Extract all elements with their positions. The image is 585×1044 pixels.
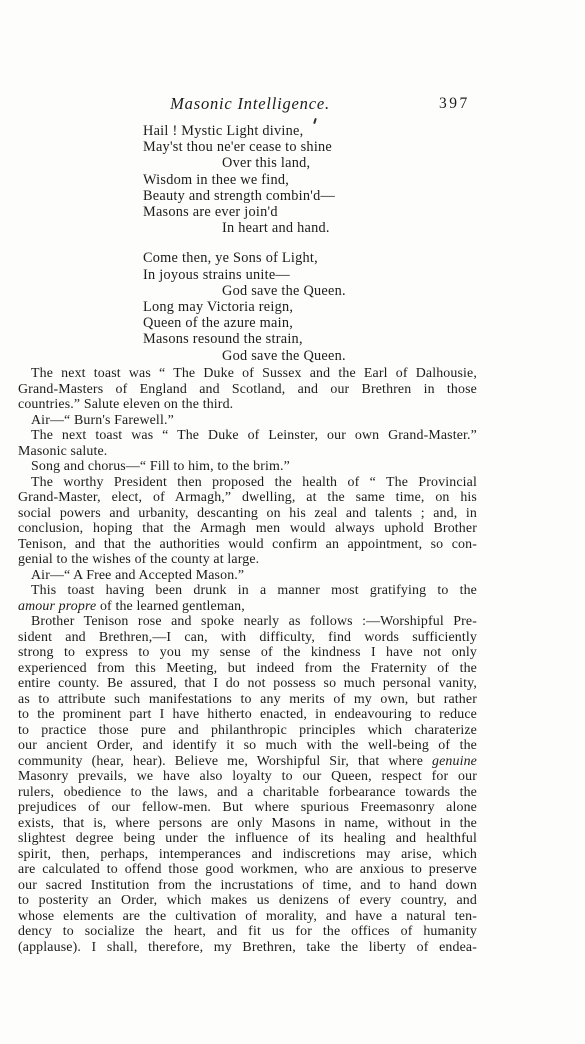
text-line: Grand-Masters of England and Scotland, a… (18, 382, 477, 398)
text-line: slightest degree being under the influen… (18, 831, 477, 847)
text-line: (applause). I shall, therefore, my Breth… (18, 940, 477, 956)
poem-line: Hail ! Mystic Light divine, (143, 123, 346, 139)
poem-line: May'st thou ne'er cease to shine (143, 139, 346, 155)
italic-text-segment: amour propre (18, 599, 96, 614)
poem-line: Masons resound the strain, (143, 331, 346, 347)
text-line: The next toast was “ The Duke of Sussex … (18, 366, 477, 382)
text-line: Song and chorus—“ Fill to him, to the br… (18, 459, 477, 475)
text-line: This toast having been drunk in a manner… (18, 583, 477, 599)
text-line: Masonry prevails, we have also loyalty t… (18, 769, 477, 785)
text-line: experienced from this Meeting, but indee… (18, 661, 477, 677)
text-line: Masonic salute. (18, 444, 477, 460)
prose-block: The next toast was “ The Duke of Sussex … (18, 366, 477, 955)
poem-line: Wisdom in thee we find, (143, 172, 346, 188)
text-line: amour propre of the learned gentleman, (18, 599, 477, 615)
text-line: are calculated to offend those good work… (18, 862, 477, 878)
text-line: Air—“ Burn's Farewell.” (18, 413, 477, 429)
text-line: countries.” Salute eleven on the third. (18, 397, 477, 413)
poem-line: Masons are ever join'd (143, 204, 346, 220)
poem-stanza: Come then, ye Sons of Light,In joyous st… (143, 250, 346, 363)
poem-line: Long may Victoria reign, (143, 299, 346, 315)
poem-line: In heart and hand. (143, 220, 346, 236)
poem-line: God save the Queen. (143, 348, 346, 364)
poem-line: Come then, ye Sons of Light, (143, 250, 346, 266)
text-line: to the prominent part I have hitherto en… (18, 707, 477, 723)
text-line: as to attribute such manifestations to a… (18, 692, 477, 708)
scanned-book-page: Masonic Intelligence. 397 Hail ! Mystic … (0, 0, 585, 1044)
poem-line: In joyous strains unite— (143, 267, 346, 283)
page-number: 397 (439, 95, 470, 113)
text-line: The worthy President then proposed the h… (18, 475, 477, 491)
text-line: Air—“ A Free and Accepted Mason.” (18, 568, 477, 584)
text-line: sident and Brethren,—I can, with difficu… (18, 630, 477, 646)
text-line: our sacred Institution from the incrusta… (18, 878, 477, 894)
poem-line: Over this land, (143, 155, 346, 171)
poem-block: Hail ! Mystic Light divine,May'st thou n… (143, 123, 346, 364)
poem-line: Queen of the azure main, (143, 315, 346, 331)
italic-text-segment: genuine (432, 754, 477, 769)
poem-line: Beauty and strength combin'd— (143, 188, 346, 204)
text-line: Tenison, and that the authorities would … (18, 537, 477, 553)
text-line: community (hear, hear). Believe me, Wors… (18, 754, 477, 770)
text-line: conclusion, hoping that the Armagh men w… (18, 521, 477, 537)
running-head-title: Masonic Intelligence. (160, 94, 340, 114)
text-segment: of the learned gentleman, (96, 599, 245, 614)
text-line: whose elements are the cultivation of mo… (18, 909, 477, 925)
text-line: dency to socialize the heart, and fit us… (18, 924, 477, 940)
text-line: exists, that is, where persons are only … (18, 816, 477, 832)
text-line: Grand-Master, elect, of Armagh,” dwellin… (18, 490, 477, 506)
text-line: our ancient Order, and identify it so mu… (18, 738, 477, 754)
text-line: prejudices of our fellow-men. But where … (18, 800, 477, 816)
text-line: strong to express to you my sense of the… (18, 645, 477, 661)
text-segment: community (hear, hear). Believe me, Wors… (18, 754, 432, 769)
text-line: spirit, then, perhaps, intemperances and… (18, 847, 477, 863)
text-line: social powers and urbanity, descanting o… (18, 506, 477, 522)
text-line: Brother Tenison rose and spoke nearly as… (18, 614, 477, 630)
text-line: rulers, obedience to the laws, and a cha… (18, 785, 477, 801)
text-line: to practice those pure and philanthropic… (18, 723, 477, 739)
text-line: genial to the wishes of the county at la… (18, 552, 477, 568)
poem-stanza: Hail ! Mystic Light divine,May'st thou n… (143, 123, 346, 236)
text-line: entire county. Be assured, that I do not… (18, 676, 477, 692)
text-line: to posterity an Order, which makes us de… (18, 893, 477, 909)
poem-line: God save the Queen. (143, 283, 346, 299)
text-line: The next toast was “ The Duke of Leinste… (18, 428, 477, 444)
